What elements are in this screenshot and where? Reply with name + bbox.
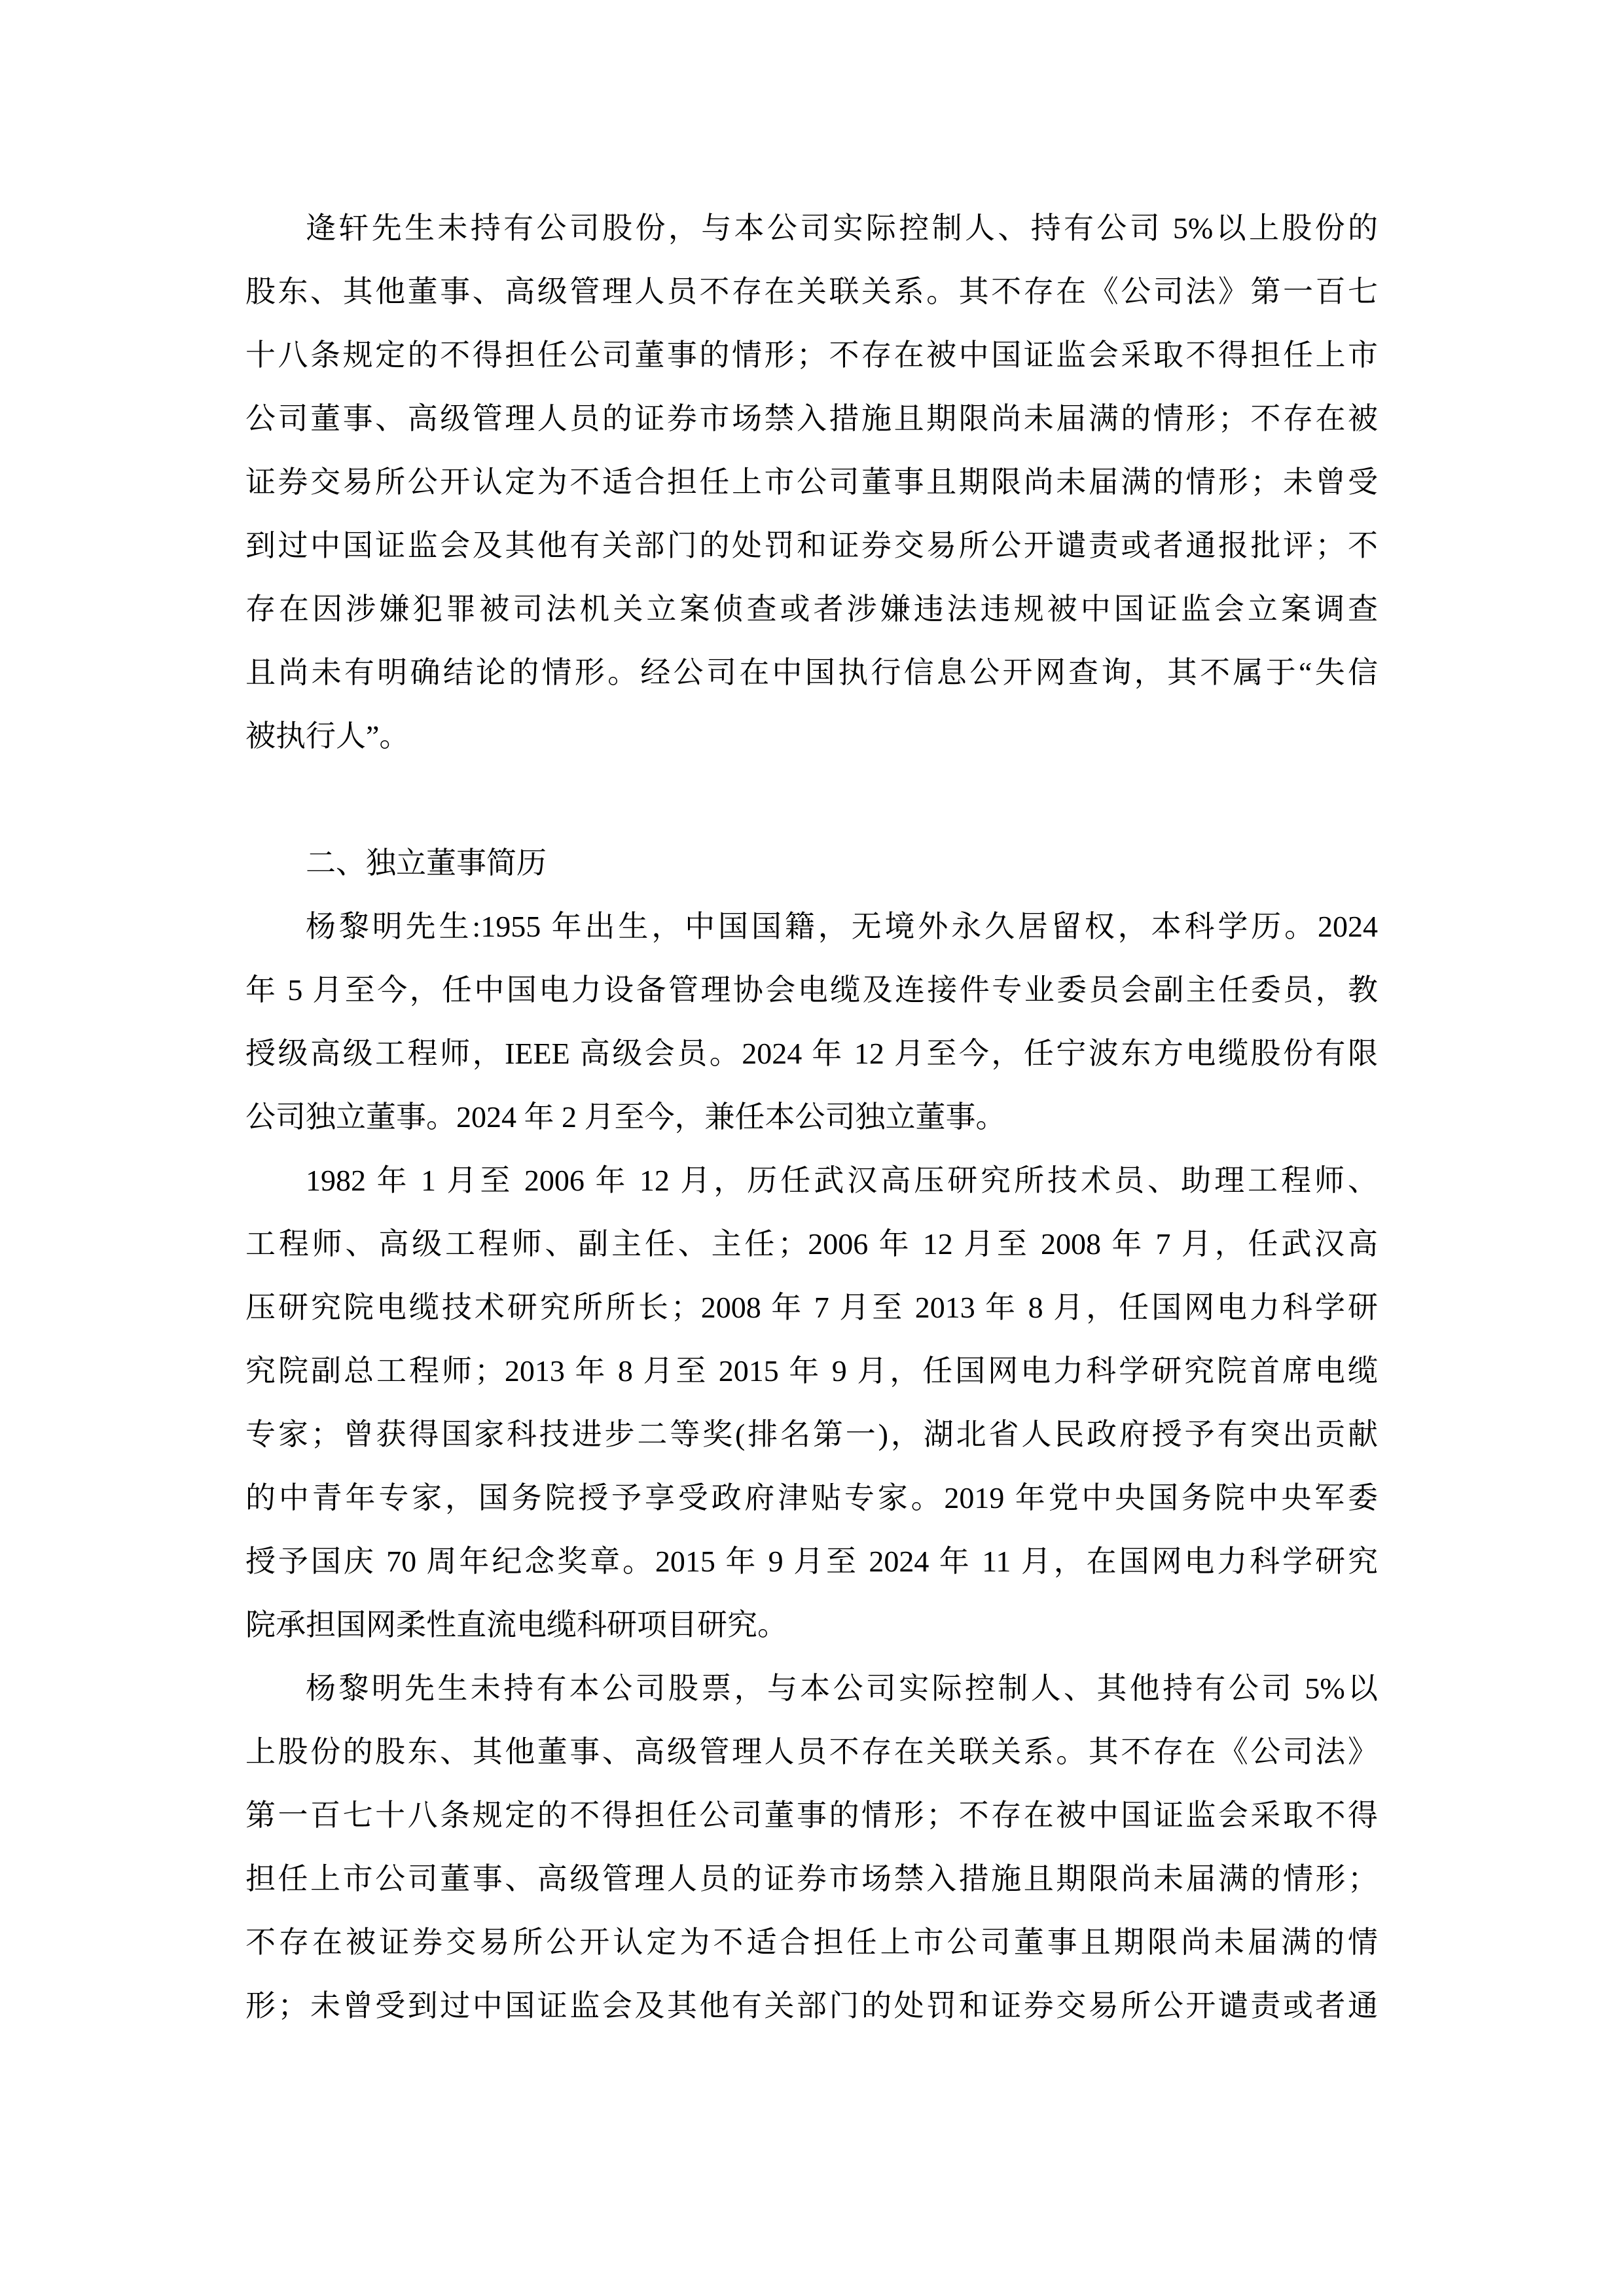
text-line: 杨黎明先生未持有本公司股票，与本公司实际控制人、其他持有公司 5%以: [245, 1657, 1378, 1720]
text-line: 逄轩先生未持有公司股份，与本公司实际控制人、持有公司 5%以上股份的: [245, 196, 1378, 260]
text-line: 工程师、高级工程师、副主任、主任；2006 年 12 月至 2008 年 7 月…: [245, 1212, 1378, 1276]
text-line: 形；未曾受到过中国证监会及其他有关部门的处罚和证券交易所公开谴责或者通: [245, 1974, 1378, 2037]
text-line: 授级高级工程师，IEEE 高级会员。2024 年 12 月至今，任宁波东方电缆股…: [245, 1022, 1378, 1085]
text-line: 授予国庆 70 周年纪念奖章。2015 年 9 月至 2024 年 11 月，在…: [245, 1530, 1378, 1593]
text-line: 且尚未有明确结论的情形。经公司在中国执行信息公开网查询，其不属于“失信: [245, 641, 1378, 704]
text-line: 被执行人”。: [245, 704, 1378, 768]
text-line: 杨黎明先生:1955 年出生，中国国籍，无境外永久居留权，本科学历。2024: [245, 895, 1378, 958]
text-line: 公司独立董事。2024 年 2 月至今，兼任本公司独立董事。: [245, 1085, 1378, 1149]
text-line: 十八条规定的不得担任公司董事的情形；不存在被中国证监会采取不得担任上市: [245, 323, 1378, 387]
text-line: 上股份的股东、其他董事、高级管理人员不存在关联关系。其不存在《公司法》: [245, 1720, 1378, 1784]
text-line: 专家；曾获得国家科技进步二等奖(排名第一)，湖北省人民政府授予有突出贡献: [245, 1403, 1378, 1466]
text-line: 证券交易所公开认定为不适合担任上市公司董事且期限尚未届满的情形；未曾受: [245, 450, 1378, 514]
paragraph-qualification-yangliming: 杨黎明先生未持有本公司股票，与本公司实际控制人、其他持有公司 5%以 上股份的股…: [245, 1657, 1378, 2037]
text-line: 压研究院电缆技术研究所所长；2008 年 7 月至 2013 年 8 月，任国网…: [245, 1276, 1378, 1339]
text-line: 院承担国网柔性直流电缆科研项目研究。: [245, 1593, 1378, 1657]
text-line: 的中青年专家，国务院授予享受政府津贴专家。2019 年党中央国务院中央军委: [245, 1466, 1378, 1530]
document-content: 逄轩先生未持有公司股份，与本公司实际控制人、持有公司 5%以上股份的 股东、其他…: [245, 196, 1378, 2037]
text-line: 究院副总工程师；2013 年 8 月至 2015 年 9 月，任国网电力科学研究…: [245, 1339, 1378, 1403]
text-line: 股东、其他董事、高级管理人员不存在关联关系。其不存在《公司法》第一百七: [245, 260, 1378, 323]
paragraph-yangliming-career: 1982 年 1 月至 2006 年 12 月，历任武汉高压研究所技术员、助理工…: [245, 1149, 1378, 1657]
text-line: 第一百七十八条规定的不得担任公司董事的情形；不存在被中国证监会采取不得: [245, 1784, 1378, 1847]
paragraph-qualification-pangxuan: 逄轩先生未持有公司股份，与本公司实际控制人、持有公司 5%以上股份的 股东、其他…: [245, 196, 1378, 768]
text-line: 不存在被证券交易所公开认定为不适合担任上市公司董事且期限尚未届满的情: [245, 1910, 1378, 1974]
text-line: 年 5 月至今，任中国电力设备管理协会电缆及连接件专业委员会副主任委员，教: [245, 958, 1378, 1022]
text-line: 存在因涉嫌犯罪被司法机关立案侦查或者涉嫌违法违规被中国证监会立案调查: [245, 577, 1378, 641]
text-line: 1982 年 1 月至 2006 年 12 月，历任武汉高压研究所技术员、助理工…: [245, 1149, 1378, 1212]
section-heading: 二、独立董事简历: [245, 831, 1378, 895]
text-line: 到过中国证监会及其他有关部门的处罚和证券交易所公开谴责或者通报批评；不: [245, 514, 1378, 577]
document-page: 逄轩先生未持有公司股份，与本公司实际控制人、持有公司 5%以上股份的 股东、其他…: [0, 0, 1624, 2296]
text-line: 公司董事、高级管理人员的证券市场禁入措施且期限尚未届满的情形；不存在被: [245, 387, 1378, 450]
paragraph-yangliming-profile: 杨黎明先生:1955 年出生，中国国籍，无境外永久居留权，本科学历。2024 年…: [245, 895, 1378, 1149]
text-line: 担任上市公司董事、高级管理人员的证券市场禁入措施且期限尚未届满的情形；: [245, 1847, 1378, 1910]
